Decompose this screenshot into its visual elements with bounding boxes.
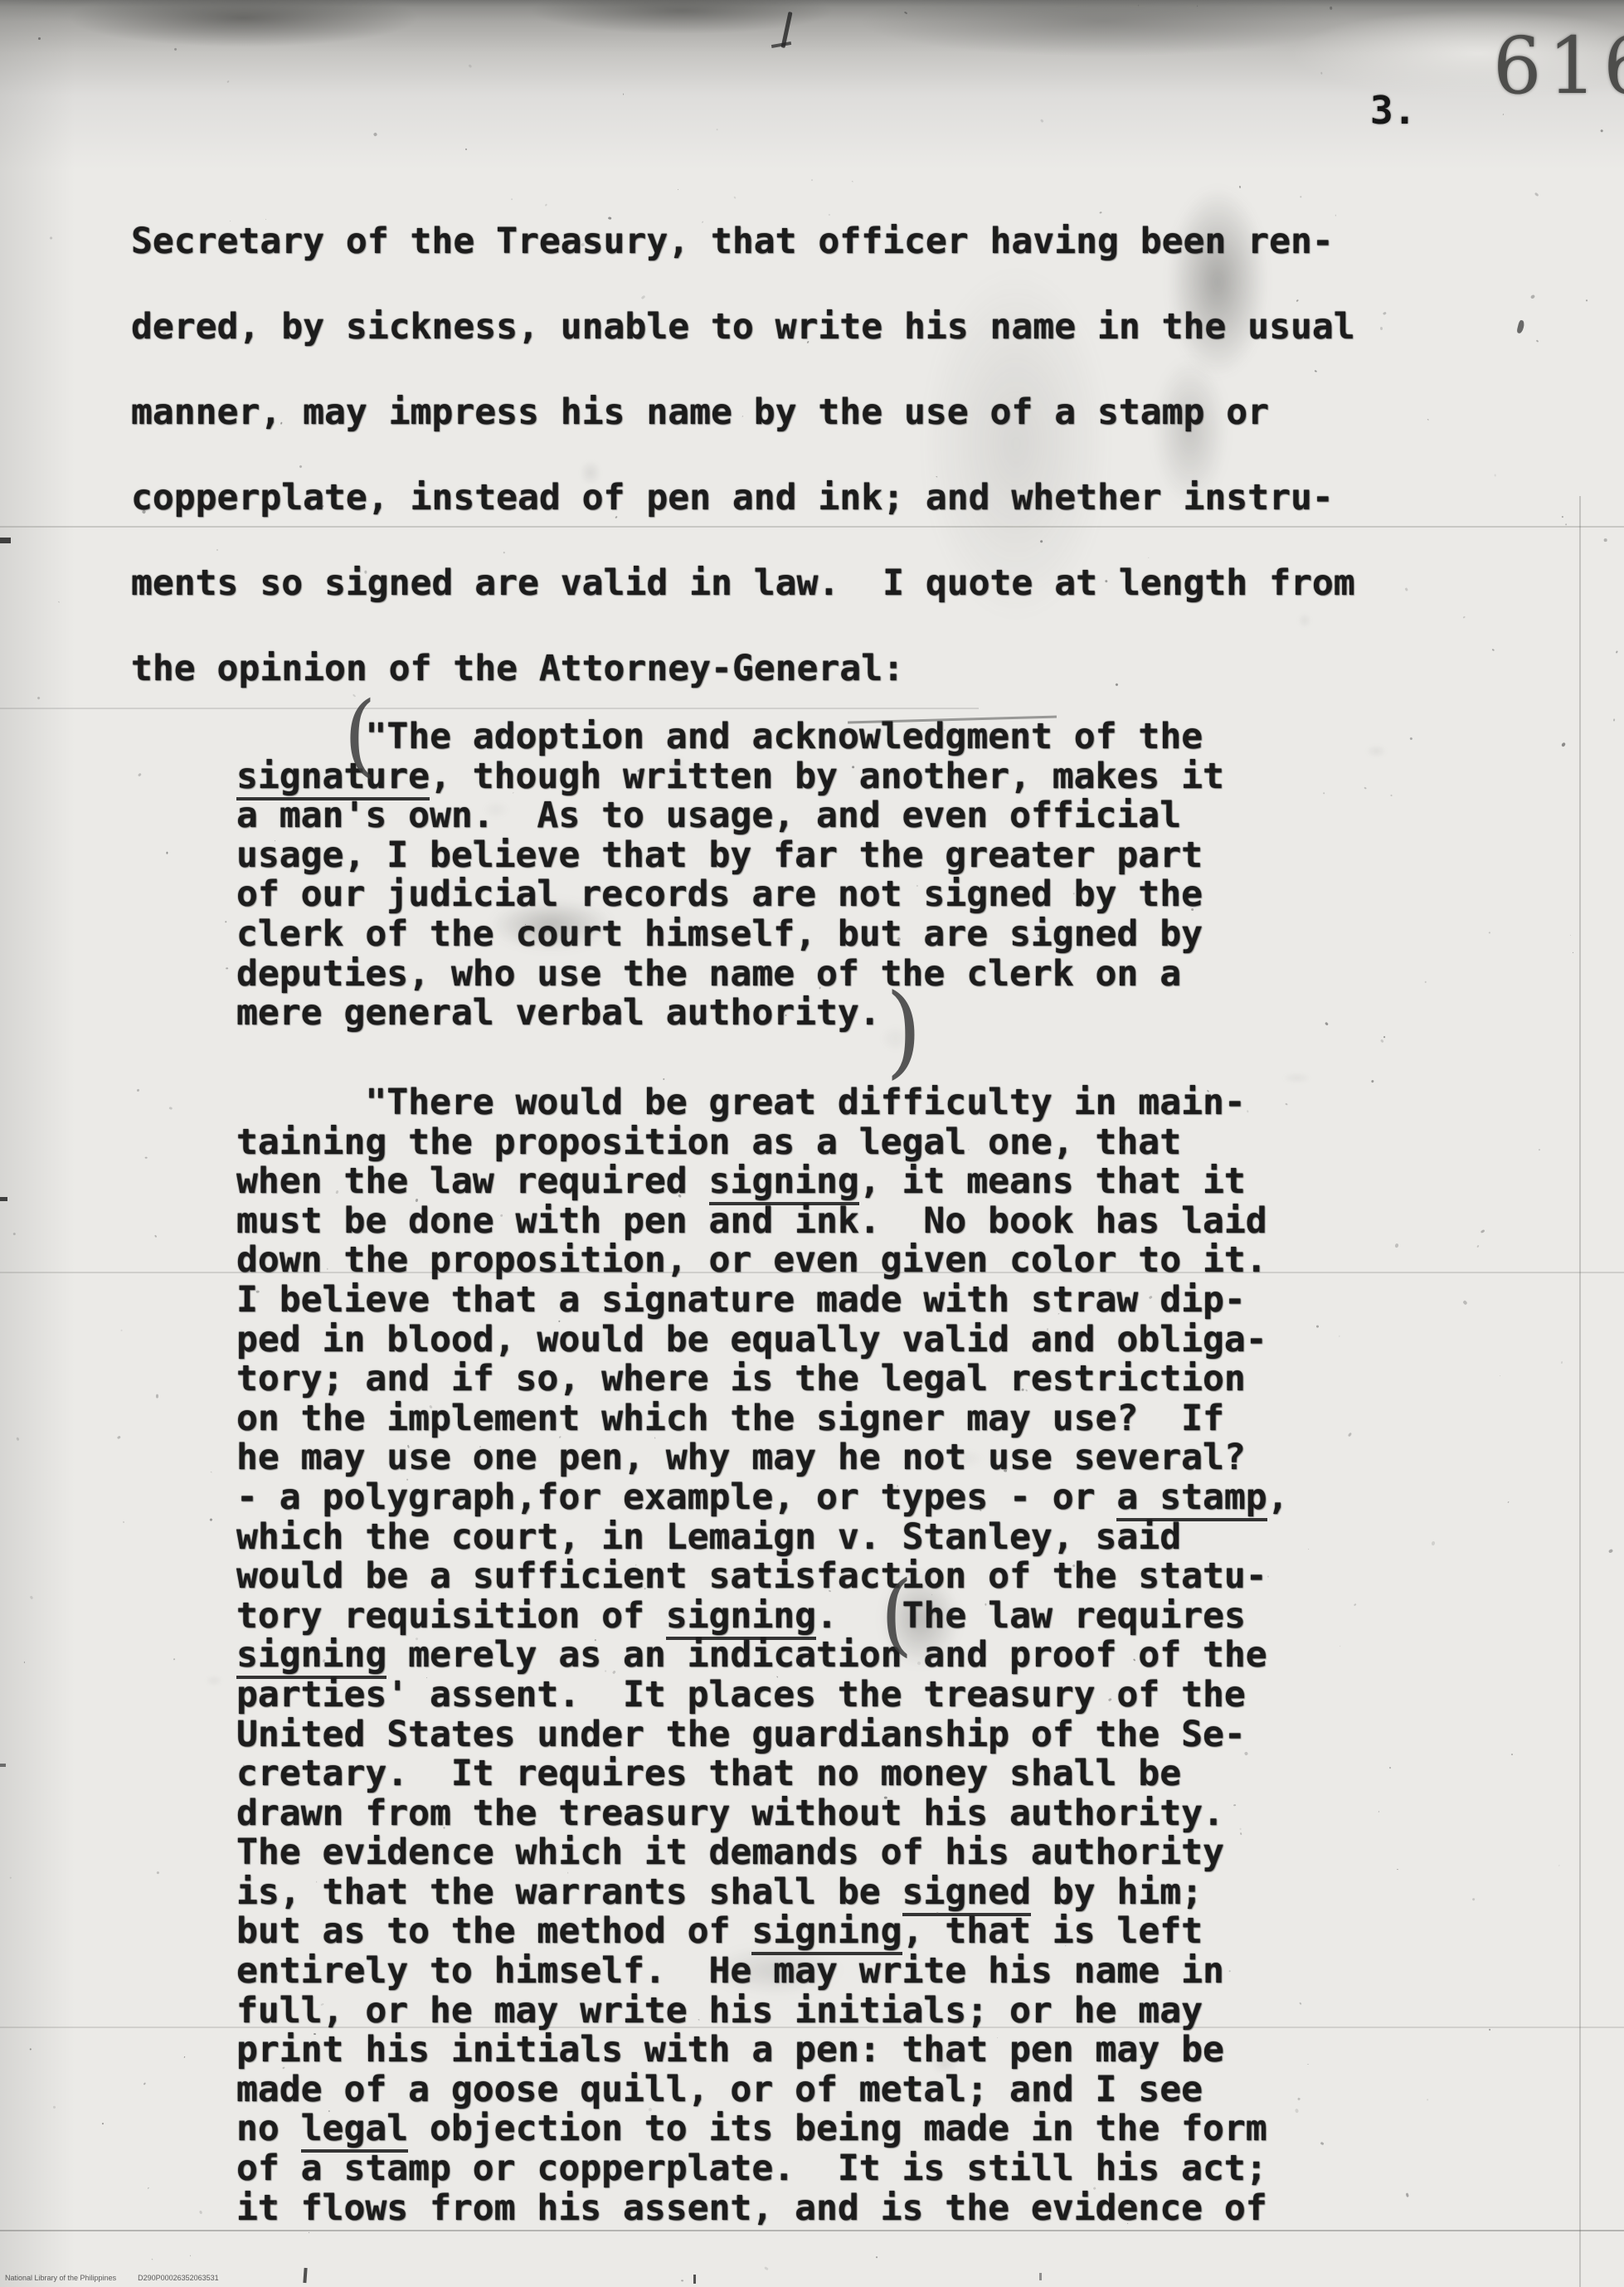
paper-speck — [1383, 312, 1387, 315]
text-segment: "The adoption and acknowledgment of the — [365, 716, 1203, 757]
paper-speck — [1585, 299, 1588, 302]
typed-line: usage, I believe that by far the greater… — [236, 836, 1224, 876]
typed-line: drawn from the treasury without his auth… — [236, 1794, 1289, 1834]
paper-speck — [1307, 2064, 1309, 2066]
typed-line: tory; and if so, where is the legal rest… — [236, 1360, 1289, 1399]
paper-speck — [1432, 1541, 1436, 1546]
typed-line: signing merely as an indication and proo… — [236, 1636, 1289, 1676]
text-segment: - a polygraph,for example, or types - or — [236, 1477, 1116, 1518]
paper-speck — [1354, 1603, 1356, 1606]
paper-speck — [852, 181, 853, 182]
underlined-word: signature — [236, 756, 430, 800]
paper-speck — [1397, 1869, 1398, 1870]
paper-speck — [1561, 742, 1566, 747]
paper-speck — [1558, 1865, 1560, 1866]
paper-speck — [678, 189, 679, 191]
paper-speck — [1316, 1326, 1319, 1328]
text-segment: clerk of the court himself, but are sign… — [236, 913, 1203, 955]
paper-speck — [876, 2256, 878, 2259]
paper-speck — [309, 2232, 309, 2233]
typed-line: parties' assent. It places the treasury … — [236, 1676, 1289, 1715]
typed-line: copperplate, instead of pen and ink; and… — [131, 455, 1355, 541]
paper-speck — [148, 2187, 149, 2189]
text-segment: down the proposition, or even given colo… — [236, 1239, 1267, 1281]
intro-paragraph: Secretary of the Treasury, that officer … — [131, 199, 1355, 712]
paper-speck — [1530, 294, 1535, 299]
typed-line: it flows from his assent, and is the evi… — [236, 2189, 1289, 2229]
paper-speck — [226, 967, 229, 969]
text-segment: Secretary of the Treasury, that officer … — [131, 221, 1334, 262]
typed-line: United States under the guardianship of … — [236, 1715, 1289, 1755]
paper-speck — [154, 1235, 157, 1238]
paper-blotch — [1366, 745, 1387, 757]
paper-speck — [53, 2105, 56, 2109]
typed-line: "There would be great difficulty in main… — [236, 1083, 1289, 1123]
text-segment: , that is left — [902, 1910, 1203, 1952]
paper-speck — [764, 2266, 769, 2271]
paper-speck — [1570, 935, 1572, 937]
paper-speck — [1371, 1080, 1374, 1083]
paper-speck — [1425, 981, 1427, 984]
edge-mark — [303, 2268, 307, 2283]
paper-speck — [1503, 114, 1505, 115]
paper-speck — [1325, 1022, 1329, 1026]
paper-speck — [1600, 129, 1603, 133]
edge-mark — [0, 1197, 7, 1201]
typed-line: would be a sufficient satisfaction of th… — [236, 1557, 1289, 1597]
text-segment: , though written by another, makes it — [430, 756, 1224, 797]
paper-speck — [1604, 538, 1607, 542]
typed-line: signature, though written by another, ma… — [236, 757, 1224, 797]
footer-scan-code: D290P00026352063531 — [138, 2274, 219, 2282]
page-number: 3. — [1370, 88, 1416, 133]
paper-speck — [199, 2211, 202, 2215]
paper-speck — [144, 1157, 147, 1159]
text-segment: the opinion of the Attorney-General: — [131, 648, 904, 689]
fold-line — [1579, 496, 1581, 2287]
scanned-document-page: { "document": { "archive_stamp": "616", … — [0, 0, 1624, 2287]
paper-speck — [1299, 196, 1301, 198]
typed-line: no legal objection to its being made in … — [236, 2109, 1289, 2149]
pen-scribble — [771, 41, 791, 48]
typed-line: he may use one pen, why may he not use s… — [236, 1438, 1289, 1478]
typed-line: tory requisition of signing. (The law re… — [236, 1597, 1289, 1637]
paper-speck — [58, 601, 60, 603]
paper-speck — [1389, 1767, 1392, 1769]
paper-speck — [225, 921, 226, 922]
text-segment — [236, 716, 343, 757]
paper-speck — [226, 80, 230, 84]
paper-speck — [1320, 2142, 1325, 2145]
paper-speck — [1391, 795, 1393, 796]
paper-speck — [1197, 6, 1198, 7]
edge-mark — [0, 1764, 6, 1767]
paper-speck — [50, 236, 53, 240]
paper-speck — [811, 179, 814, 182]
paper-speck — [137, 1089, 139, 1092]
text-segment: merely as an indication and proof of the — [387, 1634, 1267, 1676]
paper-speck — [1239, 186, 1241, 188]
paper-speck — [1427, 419, 1428, 421]
paper-speck — [157, 1871, 159, 1874]
underlined-word: signing — [666, 1595, 816, 1640]
text-segment: is, that the warrants shall be — [236, 1871, 902, 1913]
scan-footer: National Library of the Philippines D290… — [5, 2274, 219, 2282]
blockquote-2: "There would be great difficulty in main… — [236, 1083, 1289, 2228]
paper-speck — [1040, 119, 1043, 123]
typed-line: deputies, who use the name of the clerk … — [236, 955, 1224, 995]
paper-speck — [1472, 1898, 1476, 1901]
text-segment: I believe that a signature made with str… — [236, 1279, 1246, 1321]
paper-speck — [30, 1596, 33, 1599]
paper-speck — [121, 1330, 123, 1331]
paper-speck — [117, 1436, 121, 1440]
paper-speck — [1378, 1811, 1380, 1813]
paper-speck — [156, 1394, 158, 1399]
typed-line: ("The adoption and acknowledgment of the — [236, 718, 1224, 757]
text-segment: made of a goose quill, or of metal; and … — [236, 2069, 1203, 2110]
text-segment: it flows from his assent, and is the evi… — [236, 2187, 1267, 2229]
paper-speck — [1507, 1501, 1509, 1503]
paper-speck — [1298, 2098, 1301, 2100]
pen-scribble — [780, 12, 792, 48]
typed-line: entirely to himself. He may write his na… — [236, 1952, 1289, 1992]
text-segment: drawn from the treasury without his auth… — [236, 1793, 1224, 1834]
paper-speck — [1463, 616, 1466, 618]
paper-speck — [1495, 474, 1496, 477]
paper-speck — [1364, 787, 1366, 790]
text-segment: print his initials with a pen: that pen … — [236, 2029, 1224, 2070]
paper-speck — [1613, 718, 1615, 721]
paper-blotch — [1282, 1073, 1311, 1083]
paper-speck — [210, 1518, 213, 1521]
paper-speck — [1299, 2002, 1301, 2005]
text-segment: would be a sufficient satisfaction of th… — [236, 1555, 1267, 1597]
typed-line: is, that the warrants shall be signed by… — [236, 1873, 1289, 1913]
typed-line: dered, by sickness, unable to write his … — [131, 285, 1355, 370]
scan-left-shade — [0, 0, 75, 2287]
paper-speck — [623, 94, 624, 95]
paper-speck — [1380, 1039, 1384, 1044]
paper-speck — [1534, 192, 1539, 197]
typed-line: a man's own. As to usage, and even offic… — [236, 796, 1224, 836]
typed-line: of a stamp or copperplate. It is still h… — [236, 2149, 1289, 2189]
typed-line: mere general verbal authority.) — [236, 994, 1224, 1034]
paper-speck — [36, 696, 40, 699]
typed-line: cretary. It requires that no money shall… — [236, 1754, 1289, 1794]
typed-line: ments so signed are valid in law. I quot… — [131, 541, 1355, 626]
text-segment: taining the proposition as a legal one, … — [236, 1122, 1181, 1163]
typed-line: taining the proposition as a legal one, … — [236, 1123, 1289, 1163]
text-segment: dered, by sickness, unable to write his … — [131, 306, 1355, 348]
text-segment: of our judicial records are not signed b… — [236, 873, 1203, 915]
text-segment: tory requisition of — [236, 1595, 666, 1637]
paper-speck — [1562, 516, 1564, 518]
paper-speck — [904, 12, 907, 15]
typed-line: when the law required signing, it means … — [236, 1162, 1289, 1202]
text-segment: a man's own. As to usage, and even offic… — [236, 795, 1181, 836]
paper-speck — [1138, 5, 1140, 7]
text-segment: . — [816, 1595, 881, 1637]
paper-speck — [1405, 2193, 1408, 2197]
paper-speck — [173, 47, 177, 51]
text-segment: of a stamp or copperplate. It is still h… — [236, 2148, 1267, 2189]
typed-line: manner, may impress his name by the use … — [131, 370, 1355, 455]
paper-speck — [1536, 339, 1539, 342]
paper-speck — [1348, 1433, 1352, 1438]
typed-line: full, or he may write his initials; or h… — [236, 1992, 1289, 2032]
text-segment: manner, may impress his name by the use … — [131, 392, 1269, 433]
underlined-word: signed — [902, 1871, 1031, 1916]
paper-speck — [1339, 1336, 1340, 1337]
paper-speck — [469, 64, 472, 67]
text-segment: entirely to himself. He may write his na… — [236, 1950, 1224, 1992]
scan-line — [0, 2230, 1624, 2231]
underlined-word: signing — [751, 1910, 902, 1955]
typed-line: the opinion of the Attorney-General: — [131, 626, 1355, 712]
text-segment: deputies, who use the name of the clerk … — [236, 953, 1181, 995]
typed-line: made of a goose quill, or of metal; and … — [236, 2070, 1289, 2110]
typed-line: which the court, in Lemaign v. Stanley, … — [236, 1518, 1289, 1558]
paper-speck — [152, 2259, 153, 2260]
paper-speck — [184, 2056, 186, 2058]
paper-speck — [1330, 7, 1333, 10]
text-segment: cretary. It requires that no money shall… — [236, 1753, 1181, 1794]
paper-speck — [24, 1662, 26, 1663]
text-segment: , — [1267, 1477, 1289, 1518]
text-segment: no — [236, 2108, 301, 2149]
paper-speck — [168, 1107, 173, 1110]
paper-speck — [1410, 737, 1413, 740]
paper-speck — [1616, 650, 1618, 653]
archive-stamp-number: 616 — [1493, 20, 1624, 111]
paper-speck — [1394, 1243, 1398, 1248]
typed-line: ped in blood, would be equally valid and… — [236, 1321, 1289, 1360]
paper-speck — [1573, 952, 1574, 954]
typed-line: print his initials with a pen: that pen … — [236, 2031, 1289, 2070]
paper-blotch — [206, 1676, 222, 1686]
paper-speck — [13, 1233, 16, 1236]
paper-speck — [1488, 932, 1490, 933]
paper-speck — [1427, 2099, 1429, 2101]
edge-mark — [0, 538, 11, 543]
paper-speck — [1539, 1149, 1541, 1151]
underlined-word: signing — [236, 1634, 387, 1679]
text-segment: usage, I believe that by far the greater… — [236, 835, 1203, 876]
paper-speck — [138, 773, 142, 777]
typed-line: The evidence which it demands of his aut… — [236, 1833, 1289, 1873]
paper-speck — [1383, 1036, 1385, 1039]
edge-mark — [1039, 2273, 1042, 2280]
text-segment: he may use one pen, why may he not use s… — [236, 1437, 1246, 1478]
text-segment: mere general verbal authority. — [236, 992, 881, 1034]
paper-speck — [1463, 1300, 1468, 1305]
text-segment: United States under the guardianship of … — [236, 1714, 1246, 1755]
text-segment: full, or he may write his initials; or h… — [236, 1990, 1203, 2032]
paper-speck — [682, 2280, 684, 2281]
typed-line: down the proposition, or even given colo… — [236, 1241, 1289, 1281]
paper-speck — [166, 852, 168, 854]
paper-speck — [29, 2048, 32, 2051]
paper-speck — [10, 1877, 12, 1879]
paper-speck — [1561, 1361, 1563, 1364]
footer-library-label: National Library of the Philippines — [5, 2274, 116, 2282]
paper-speck — [1481, 1229, 1485, 1234]
paper-speck — [1608, 1549, 1613, 1554]
paper-speck — [211, 1472, 212, 1473]
underlined-word: signing — [709, 1161, 859, 1205]
paper-speck — [1500, 1375, 1500, 1376]
paper-speck — [1380, 327, 1383, 330]
text-segment: tory; and if so, where is the legal rest… — [236, 1358, 1246, 1399]
text-segment: The evidence which it demands of his aut… — [236, 1832, 1224, 1873]
paper-speck — [1308, 1549, 1309, 1550]
paper-speck — [102, 2123, 104, 2124]
paper-speck — [123, 1521, 125, 1524]
paper-speck — [1511, 1754, 1513, 1755]
text-segment: but as to the method of — [236, 1910, 751, 1952]
typed-line: Secretary of the Treasury, that officer … — [131, 199, 1355, 285]
paper-speck — [1340, 1646, 1340, 1647]
ink-mark — [1516, 319, 1525, 333]
paper-speck — [173, 1658, 176, 1660]
paper-speck — [1295, 2109, 1299, 2114]
paper-speck — [1565, 523, 1568, 526]
paper-speck — [1320, 72, 1322, 75]
text-segment: copperplate, instead of pen and ink; and… — [131, 477, 1334, 518]
typed-line: - a polygraph,for example, or types - or… — [236, 1478, 1289, 1518]
text-segment: , it means that it — [859, 1161, 1246, 1202]
blockquote-1: ("The adoption and acknowledgment of the… — [236, 718, 1224, 1034]
paper-speck — [38, 37, 41, 40]
text-segment: The law requires — [902, 1595, 1246, 1637]
text-segment: objection to its being made in the form — [408, 2108, 1267, 2149]
text-segment: by him; — [1031, 1871, 1203, 1913]
typed-line: of our judicial records are not signed b… — [236, 875, 1224, 915]
text-segment: on the implement which the signer may us… — [236, 1398, 1224, 1439]
typed-line: clerk of the court himself, but are sign… — [236, 915, 1224, 955]
text-segment: ments so signed are valid in law. I quot… — [131, 562, 1355, 604]
paper-speck — [1404, 587, 1408, 591]
paper-speck — [1489, 2029, 1490, 2032]
text-segment: "There would be great difficulty in main… — [236, 1082, 1246, 1123]
paper-speck — [717, 129, 718, 130]
typed-line: on the implement which the signer may us… — [236, 1399, 1289, 1439]
text-segment: parties' assent. It places the treasury … — [236, 1674, 1246, 1715]
paper-speck — [190, 2255, 191, 2256]
paper-speck — [1323, 792, 1325, 795]
underlined-word: legal — [301, 2108, 408, 2153]
typed-line: but as to the method of signing, that is… — [236, 1912, 1289, 1952]
paper-speck — [17, 1438, 20, 1441]
underlined-word: a stamp — [1116, 1477, 1267, 1521]
paper-speck — [1476, 1245, 1479, 1248]
paper-speck — [373, 132, 377, 136]
text-segment: which the court, in Lemaign v. Stanley, … — [236, 1516, 1181, 1558]
text-segment: when the law required — [236, 1161, 709, 1202]
typed-line: I believe that a signature made with str… — [236, 1281, 1289, 1321]
text-segment: must be done with pen and ink. No book h… — [236, 1200, 1267, 1242]
edge-mark — [693, 2275, 696, 2284]
typed-line: must be done with pen and ink. No book h… — [236, 1202, 1289, 1242]
text-segment: ped in blood, would be equally valid and… — [236, 1319, 1267, 1360]
paper-speck — [1491, 649, 1495, 652]
paper-speck — [663, 1078, 665, 1081]
paper-speck — [143, 2082, 146, 2085]
paper-speck — [465, 148, 467, 150]
